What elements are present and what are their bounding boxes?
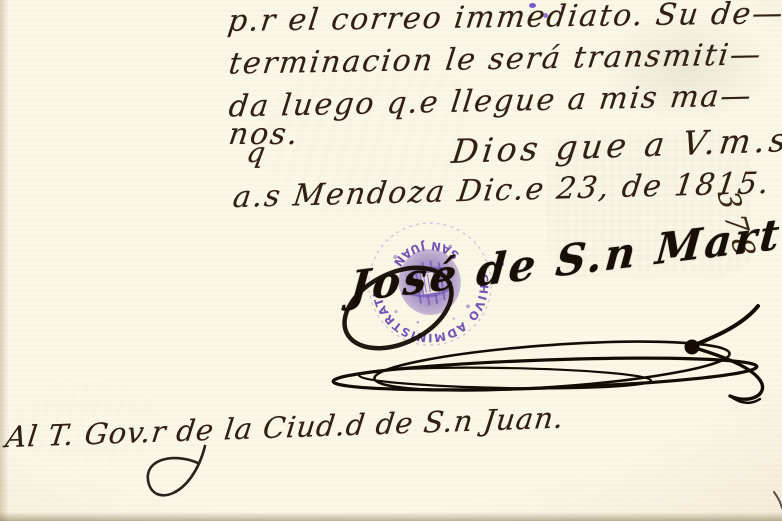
scan-bottom-shadow [0, 512, 782, 521]
